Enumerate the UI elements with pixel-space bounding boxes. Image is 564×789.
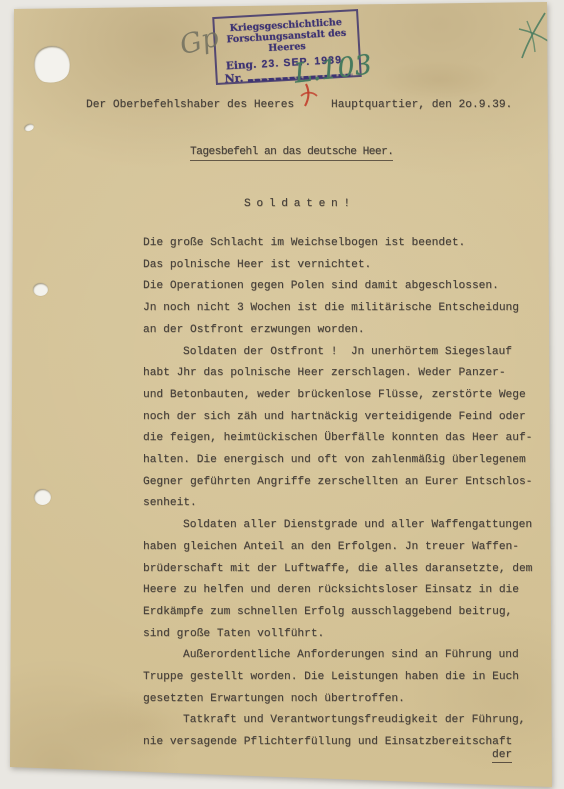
body-line: halten. Die energisch und oft von zahlen… [143,450,532,472]
punch-hole-bottom [34,489,51,505]
body-line: an der Ostfront erzwungen worden. [143,320,532,342]
body-line: senheit. [143,493,532,515]
paper-shadow: Kriegsgeschichtliche Forschungsanstalt d… [0,0,564,789]
body-line: die feigen, heimtückischen Überfälle kon… [143,428,532,450]
body-line: Gegner geführten Angriffe zerschellten a… [143,472,532,494]
body-line: habt Jhr das polnische Heer zerschlagen.… [143,363,532,385]
place-date-line: Hauptquartier, den 2o.9.39. [331,99,512,111]
body-line: und Betonbauten, weder brückenlose Flüss… [143,385,532,407]
body-line: sind große Taten vollführt. [143,624,532,646]
body-line: nie versagende Pflichterfüllung und Eins… [143,732,532,754]
body-line: Soldaten aller Dienstgrade und aller Waf… [143,515,532,537]
salutation: S o l d a t e n ! [244,198,350,210]
paper-stain [380,60,500,100]
document-title: Tagesbefehl an das deutsche Heer. [190,146,393,161]
paper-tear [31,43,72,85]
document-paper: Kriegsgeschichtliche Forschungsanstalt d… [0,0,564,789]
body-line: Außerordentliche Anforderungen sind an F… [143,645,532,667]
body-line: Truppe gestellt worden. Die Leistungen h… [143,667,532,689]
body-line: Heere zu helfen und deren rücksichtslose… [143,580,532,602]
catchword: der [492,749,512,763]
body-line: Tatkraft und Verantwortungsfreudigkeit d… [143,710,532,732]
body-line: haben gleichen Anteil an den Erfolgen. J… [143,537,532,559]
punch-hole-top [33,283,48,296]
body-line: gesetzten Erwartungen noch übertroffen. [143,689,532,711]
body-line: noch der sich zäh und hartnäckig verteid… [143,407,532,429]
body-text: Die große Schlacht im Weichselbogen ist … [143,233,532,754]
paper-speck [23,123,35,133]
red-ink-check-mark-icon [299,83,319,107]
body-line: Das polnische Heer ist vernichtet. [143,255,532,277]
body-line: Erdkämpfe zum schnellen Erfolg ausschlag… [143,602,532,624]
sender-line: Der Oberbefehlshaber des Heeres [86,99,294,111]
stamp-number-label: Nr. [224,71,243,85]
green-ink-corner-mark-icon [514,10,552,62]
scanned-document-page: Kriegsgeschichtliche Forschungsanstalt d… [0,0,564,789]
body-line: Jn noch nicht 3 Wochen ist die militäris… [143,298,532,320]
body-line: brüderschaft mit der Luftwaffe, die alle… [143,559,532,581]
body-line: Soldaten der Ostfront ! Jn unerhörtem Si… [143,342,532,364]
body-line: Die Operationen gegen Polen sind damit a… [143,276,532,298]
body-line: Die große Schlacht im Weichselbogen ist … [143,233,532,255]
